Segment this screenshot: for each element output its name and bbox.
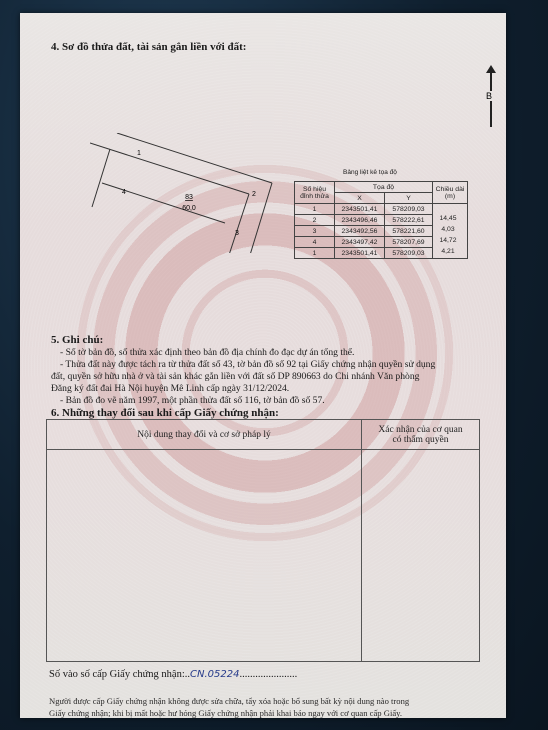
change-content-cell[interactable] (47, 450, 362, 662)
section4-title: 4. Sơ đồ thửa đất, tài sản gắn liền với … (51, 41, 246, 53)
note-3: - Bản đồ đo vẽ năm 1997, một phần thửa đ… (60, 395, 325, 406)
parcel-area: 60,0 (182, 205, 196, 212)
coord-table-title: Bảng liệt kê tọa độ (343, 169, 397, 176)
parcel-number: 83 (185, 194, 193, 201)
header-y: Y (385, 193, 433, 204)
section6-title: 6. Những thay đổi sau khi cấp Giấy chứng… (51, 407, 279, 419)
parcel-diagram: 1 2 3 4 83 60,0 (90, 133, 290, 253)
lengths-cell: 14,45 4,03 14,72 4,21 (433, 204, 468, 259)
register-label: Số vào số cấp Giấy chứng nhận:.. (49, 669, 190, 680)
vertex-2: 2 (252, 191, 256, 198)
certificate-page: 4. Sơ đồ thửa đất, tài sản gắn liền với … (20, 13, 506, 718)
note-2-cont2: Đăng ký đất đai Hà Nội huyện Mê Linh cấp… (51, 383, 289, 394)
vertex-4: 4 (122, 189, 126, 196)
section5-title: 5. Ghi chú: (51, 334, 103, 346)
changes-table: Nội dung thay đổi và cơ sở pháp lý Xác n… (46, 419, 480, 662)
coordinate-table: Số hiệu đỉnh thửa Tọa độ Chiều dài (m) X… (294, 181, 468, 259)
header-coords: Tọa độ (335, 182, 433, 193)
north-arrow-icon: B (485, 65, 497, 127)
vertex-1: 1 (137, 150, 141, 157)
north-label: B (486, 91, 492, 101)
register-value: CN.05224 (190, 669, 239, 680)
note-1: - Số tờ bản đồ, số thửa xác định theo bả… (60, 347, 354, 358)
header-confirmation: Xác nhận của cơ quan có thẩm quyền (362, 420, 480, 450)
warning-text: Người được cấp Giấy chứng nhận không đượ… (49, 696, 409, 718)
header-change-content: Nội dung thay đổi và cơ sở pháp lý (47, 420, 362, 450)
vertex-3: 3 (235, 230, 239, 237)
confirmation-cell[interactable] (362, 450, 480, 662)
header-x: X (335, 193, 385, 204)
note-2-cont: đất, quyền sở hữu nhà ở và tài sản khác … (51, 371, 419, 382)
register-number-line: Số vào số cấp Giấy chứng nhận:..CN.05224… (49, 669, 297, 680)
note-2: - Thửa đất này được tách ra từ thửa đất … (60, 359, 435, 370)
header-length: Chiều dài (m) (433, 182, 468, 204)
header-point: Số hiệu đỉnh thửa (295, 182, 335, 204)
table-row: 1 2343501,41 578209,03 14,45 4,03 14,72 … (295, 204, 468, 215)
